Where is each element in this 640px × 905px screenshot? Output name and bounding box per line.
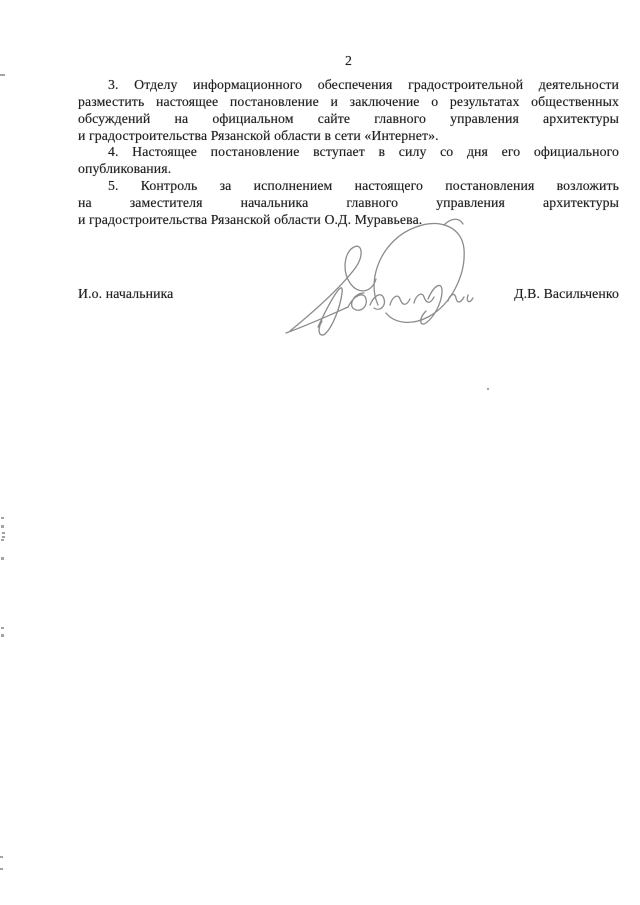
handwritten-signature-icon — [278, 215, 478, 340]
scan-artifact — [1, 539, 4, 541]
scan-artifact — [0, 856, 3, 858]
page-number: 2 — [78, 53, 619, 70]
document-line: на заместителя начальника главного управ… — [78, 195, 619, 212]
document-line: и градостроительства Рязанской области в… — [78, 128, 619, 145]
scan-artifact — [0, 868, 3, 870]
scan-artifact — [1, 627, 4, 629]
scan-artifact — [0, 74, 5, 76]
scan-artifact — [1, 517, 4, 519]
scan-artifact — [1, 525, 4, 528]
scan-artifact — [1, 557, 4, 560]
document-body: 3. Отделу информационного обеспечения гр… — [78, 77, 619, 228]
document-line: разместить настоящее постановление и зак… — [78, 94, 619, 111]
signature-row: И.о. начальника Д.В. Васильченко — [78, 286, 619, 303]
scan-artifact — [487, 388, 489, 390]
document-line: 3. Отделу информационного обеспечения гр… — [78, 77, 619, 94]
signer-name: Д.В. Васильченко — [514, 286, 619, 303]
document-line: опубликования. — [78, 161, 619, 178]
document-line: 5. Контроль за исполнением настоящего по… — [78, 178, 619, 195]
signer-position-label: И.о. начальника — [78, 286, 173, 303]
scan-artifact — [1, 634, 4, 637]
document-line: обсуждений на официальном сайте главного… — [78, 111, 619, 128]
scan-artifact — [2, 532, 5, 534]
scanned-document-page: 2 3. Отделу информационного обеспечения … — [0, 0, 640, 905]
document-content: 2 3. Отделу информационного обеспечения … — [78, 53, 619, 228]
document-line: 4. Настоящее постановление вступает в си… — [78, 144, 619, 161]
scan-artifact — [2, 536, 5, 538]
